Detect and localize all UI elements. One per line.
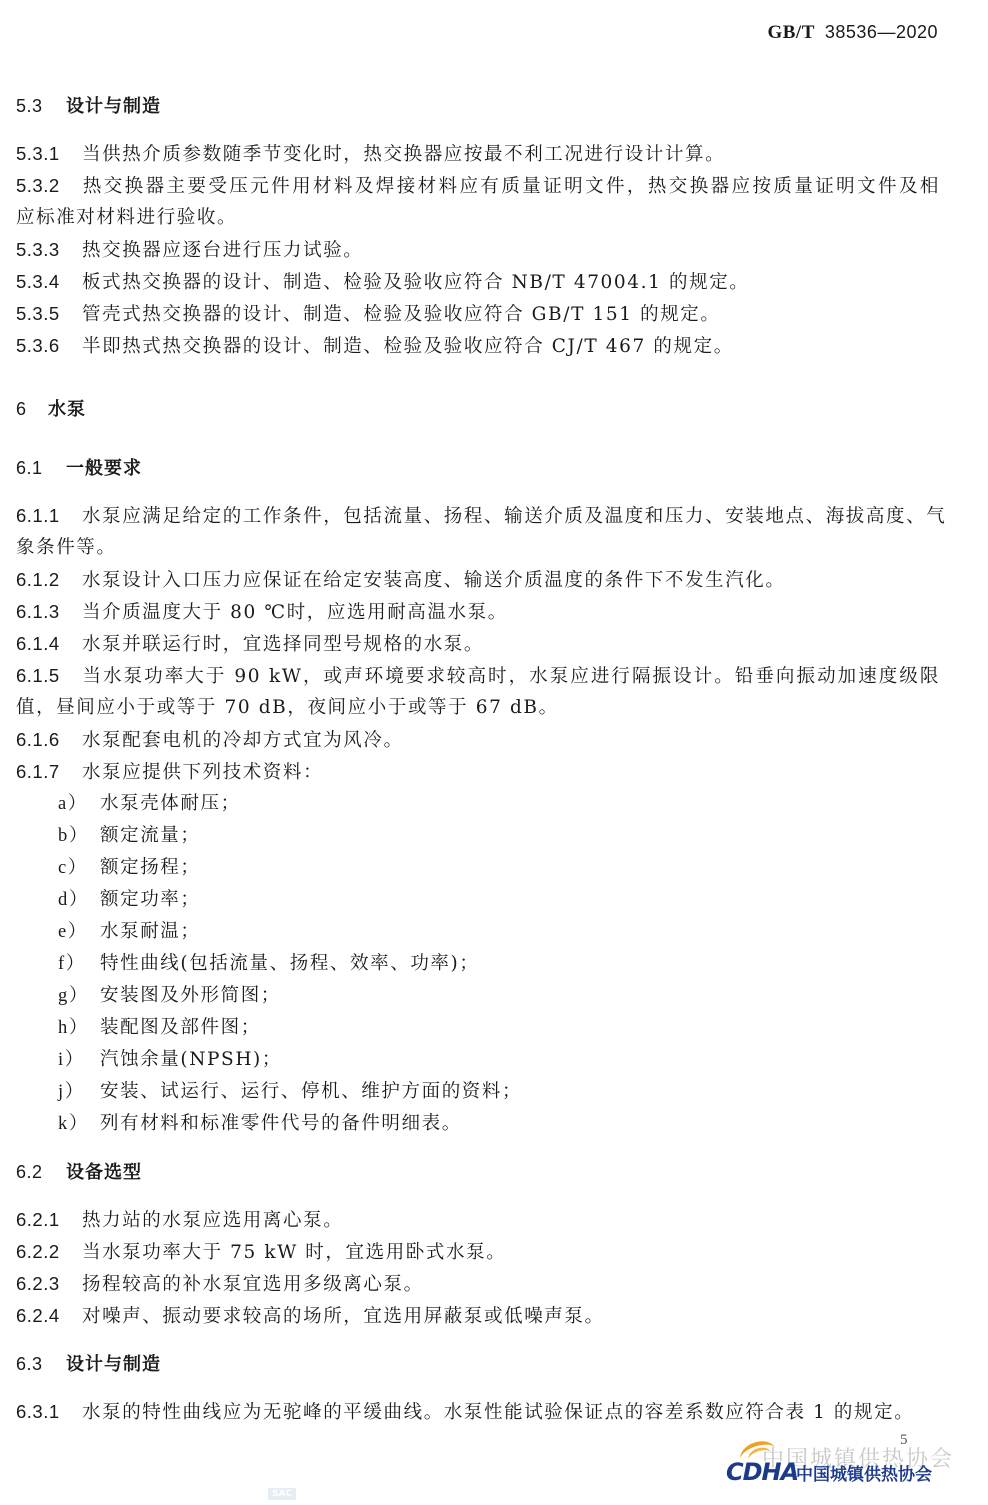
clause-6-2-3: 6.2.3扬程较高的补水泵宜选用多级离心泵。: [16, 1273, 940, 1296]
standard-code-header: GB/T38536—2020: [767, 22, 938, 44]
cdha-watermark-logo: 中国城镇供热协会 CDHA 中国城镇供热协会: [718, 1438, 968, 1486]
section-heading-6-2: 6.2设备选型: [16, 1161, 940, 1184]
list-item: h）装配图及部件图；: [58, 1017, 940, 1039]
section-heading-6-3: 6.3设计与制造: [16, 1353, 940, 1376]
list-item: i）汽蚀余量(NPSH)；: [58, 1049, 940, 1071]
clause-6-1-4: 6.1.4水泵并联运行时，宜选择同型号规格的水泵。: [16, 633, 940, 656]
list-item: f）特性曲线(包括流量、扬程、效率、功率)；: [58, 953, 940, 975]
clause-5-3-2: 5.3.2热交换器主要受压元件用材料及焊接材料应有质量证明文件，热交换器应按质量…: [16, 175, 940, 198]
section-heading-6-1: 6.1一般要求: [16, 457, 940, 480]
list-item: b）额定流量；: [58, 825, 940, 847]
list-item: k）列有材料和标准零件代号的备件明细表。: [58, 1113, 940, 1135]
section-heading-5-3: 5.3设计与制造: [16, 95, 940, 118]
clause-6-1-3: 6.1.3当介质温度大于 80 ℃时，应选用耐高温水泵。: [16, 601, 940, 624]
logo-org-name: 中国城镇供热协会: [796, 1460, 932, 1485]
list-item: j）安装、试运行、运行、停机、维护方面的资料；: [58, 1081, 940, 1103]
list-item: a）水泵壳体耐压；: [58, 793, 940, 815]
logo-abbreviation: CDHA: [726, 1458, 798, 1486]
clause-6-1-7: 6.1.7水泵应提供下列技术资料：: [16, 761, 940, 784]
list-item: c）额定扬程；: [58, 857, 940, 879]
clause-5-3-6: 5.3.6半即热式热交换器的设计、制造、检验及验收应符合 CJ/T 467 的规…: [16, 335, 940, 358]
list-item: d）额定功率；: [58, 889, 940, 911]
clause-5-3-5: 5.3.5管壳式热交换器的设计、制造、检验及验收应符合 GB/T 151 的规定…: [16, 303, 940, 326]
sac-mark: SAC: [268, 1488, 296, 1500]
clause-5-3-3: 5.3.3热交换器应逐台进行压力试验。: [16, 239, 940, 262]
clause-6-2-2: 6.2.2当水泵功率大于 75 kW 时，宜选用卧式水泵。: [16, 1241, 940, 1264]
clause-6-2-1: 6.2.1热力站的水泵应选用离心泵。: [16, 1209, 940, 1232]
clause-6-1-2: 6.1.2水泵设计入口压力应保证在给定安装高度、输送介质温度的条件下不发生汽化。: [16, 569, 940, 592]
list-item: g）安装图及外形简图；: [58, 985, 940, 1007]
clause-5-3-1: 5.3.1当供热介质参数随季节变化时，热交换器应按最不利工况进行设计计算。: [16, 143, 940, 166]
clause-6-1-5-cont: 值，昼间应小于或等于 70 dB，夜间应小于或等于 67 dB。: [16, 697, 940, 719]
standard-number: 38536—2020: [825, 22, 938, 42]
list-item: e）水泵耐温；: [58, 921, 940, 943]
standard-prefix: GB/T: [767, 22, 814, 43]
clause-6-2-4: 6.2.4对噪声、振动要求较高的场所，宜选用屏蔽泵或低噪声泵。: [16, 1305, 940, 1328]
clause-6-1-1-cont: 象条件等。: [16, 537, 940, 559]
clause-6-1-6: 6.1.6水泵配套电机的冷却方式宜为风冷。: [16, 729, 940, 752]
clause-5-3-2-cont: 应标准对材料进行验收。: [16, 207, 940, 229]
clause-6-1-1: 6.1.1水泵应满足给定的工作条件，包括流量、扬程、输送介质及温度和压力、安装地…: [16, 505, 940, 528]
clause-6-1-5: 6.1.5当水泵功率大于 90 kW，或声环境要求较高时，水泵应进行隔振设计。铅…: [16, 665, 940, 688]
chapter-heading-6: 6水泵: [16, 398, 940, 421]
clause-6-3-1: 6.3.1水泵的特性曲线应为无驼峰的平缓曲线。水泵性能试验保证点的容差系数应符合…: [16, 1401, 940, 1424]
clause-5-3-4: 5.3.4板式热交换器的设计、制造、检验及验收应符合 NB/T 47004.1 …: [16, 271, 940, 294]
